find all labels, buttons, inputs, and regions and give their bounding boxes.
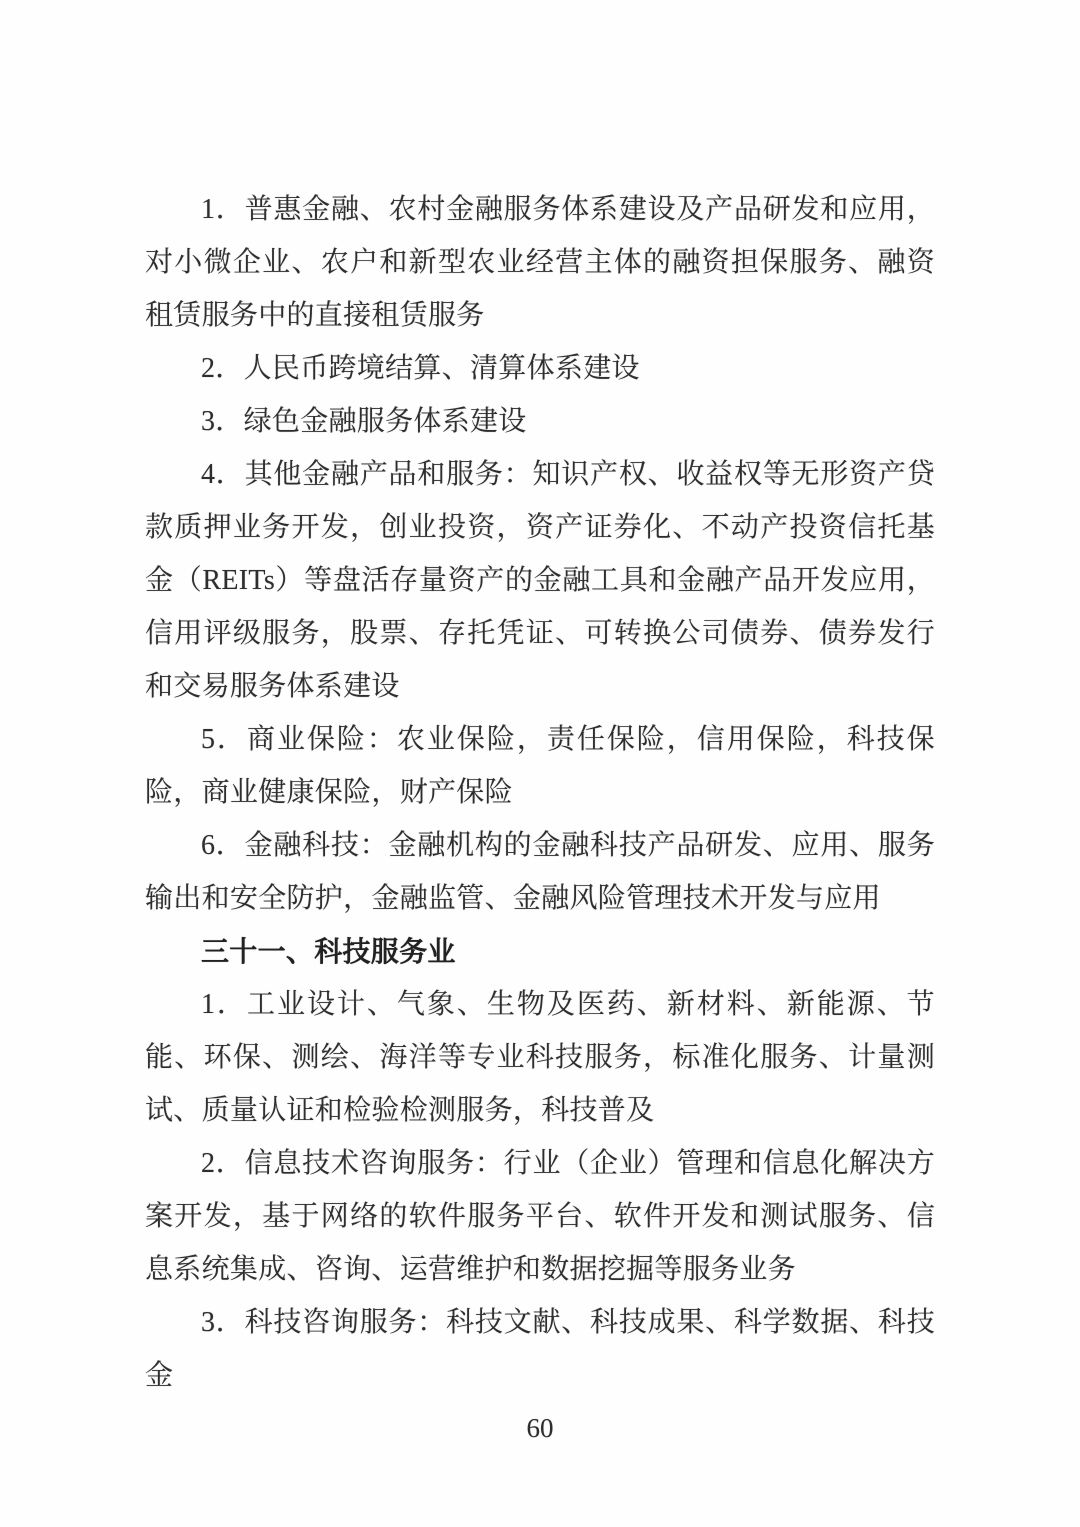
list-item-finance-4: 4．其他金融产品和服务：知识产权、收益权等无形资产贷款质押业务开发，创业投资，资… bbox=[145, 448, 935, 713]
list-item-scitech-1: 1．工业设计、气象、生物及医药、新材料、新能源、节能、环保、测绘、海洋等专业科技… bbox=[145, 978, 935, 1137]
list-item-finance-2: 2．人民币跨境结算、清算体系建设 bbox=[145, 342, 935, 395]
list-item-finance-6: 6．金融科技：金融机构的金融科技产品研发、应用、服务输出和安全防护，金融监管、金… bbox=[145, 819, 935, 925]
list-item-finance-1: 1．普惠金融、农村金融服务体系建设及产品研发和应用，对小微企业、农户和新型农业经… bbox=[145, 183, 935, 342]
page-number: 60 bbox=[145, 1402, 935, 1455]
list-item-finance-5: 5．商业保险：农业保险，责任保险，信用保险，科技保险，商业健康保险，财产保险 bbox=[145, 713, 935, 819]
list-item-scitech-2: 2．信息技术咨询服务：行业（企业）管理和信息化解决方案开发，基于网络的软件服务平… bbox=[145, 1137, 935, 1296]
list-item-scitech-3: 3．科技咨询服务：科技文献、科技成果、科学数据、科技金 bbox=[145, 1296, 935, 1402]
section-heading-31: 三十一、科技服务业 bbox=[145, 925, 935, 978]
list-item-finance-3: 3．绿色金融服务体系建设 bbox=[145, 395, 935, 448]
document-page: 1．普惠金融、农村金融服务体系建设及产品研发和应用，对小微企业、农户和新型农业经… bbox=[0, 0, 1080, 1527]
document-text-block: 1．普惠金融、农村金融服务体系建设及产品研发和应用，对小微企业、农户和新型农业经… bbox=[145, 183, 935, 1455]
